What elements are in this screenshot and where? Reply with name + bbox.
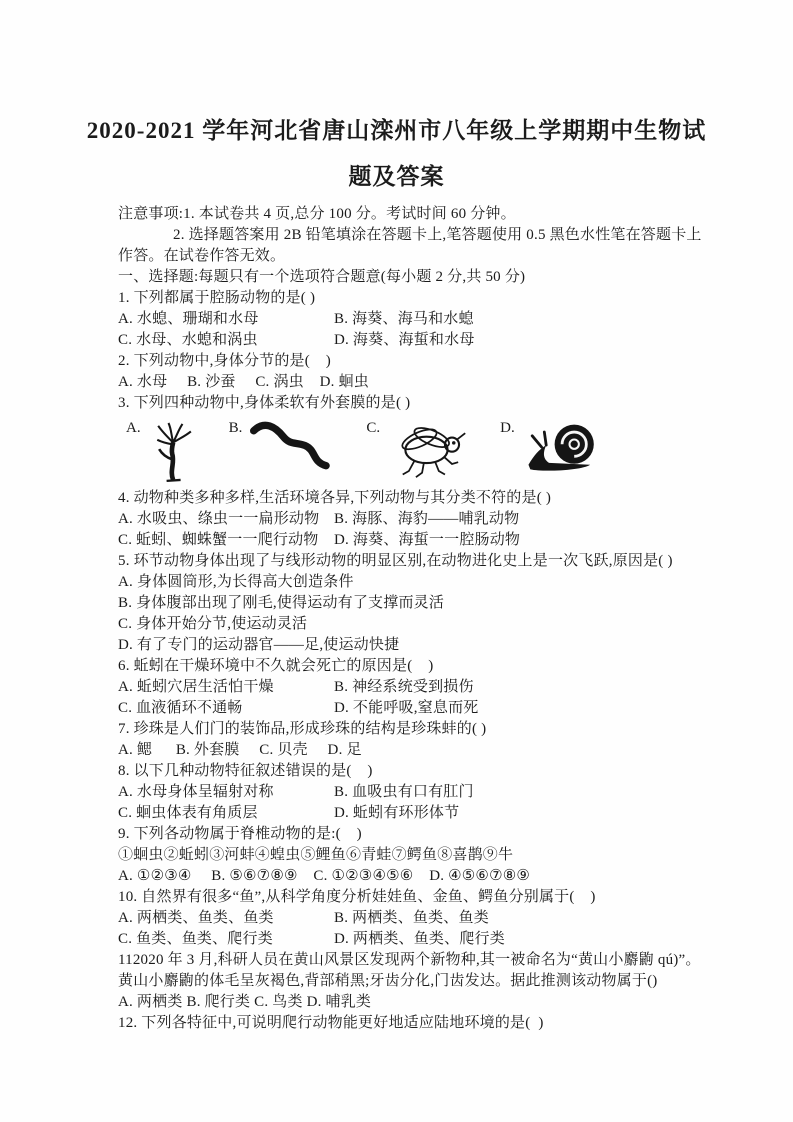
option-a: A. 水母身体呈辐射对称	[118, 782, 334, 803]
document-title-line-2: 题及答案	[0, 154, 793, 200]
option-c: C. 蛔虫体表有角质层	[118, 803, 334, 824]
question-11-part-2: 黄山小麝鼩的体毛呈灰褐色,背部稍黑;牙齿分化,门齿发达。据此推测该动物属于()	[118, 971, 709, 992]
question-8-options-ab: A. 水母身体呈辐射对称 B. 血吸虫有口有肛门	[118, 782, 709, 803]
option-d: D. 不能呼吸,窒息而死	[334, 698, 478, 719]
question-2-options: A. 水母 B. 沙蚕 C. 涡虫 D. 蛔虫	[118, 372, 709, 393]
question-5-option-b: B. 身体腹部出现了刚毛,使得运动有了支撑而灵活	[118, 593, 709, 614]
notice-line-2: 2. 选择题答案用 2B 铅笔填涂在答题卡上,笔答题使用 0.5 黑色水性笔在答…	[118, 225, 709, 246]
question-5-option-c: C. 身体开始分节,使运动灵活	[118, 614, 709, 635]
question-2: 2. 下列动物中,身体分节的是( )	[118, 351, 709, 372]
notice-line-3: 作答。在试卷作答无效。	[118, 246, 709, 267]
section-1-heading: 一、选择题:每题只有一个选项符合题意(每小题 2 分,共 50 分)	[118, 267, 709, 288]
option-d: D. 海葵、海蜇和水母	[334, 330, 475, 351]
question-1-options-cd: C. 水母、水螅和涡虫 D. 海葵、海蜇和水母	[118, 330, 709, 351]
document-title-line-1: 2020-2021 学年河北省唐山滦州市八年级上学期期中生物试	[0, 108, 793, 154]
option-a: A. 蚯蚓穴居生活怕干燥	[118, 677, 334, 698]
option-d: D. 两栖类、鱼类、爬行类	[334, 929, 505, 950]
question-9-items: ①蛔虫②蚯蚓③河蚌④蝗虫⑤鲤鱼⑥青蛙⑦鳄鱼⑧喜鹊⑨牛	[118, 845, 709, 866]
question-7-options: A. 鳃 B. 外套膜 C. 贝壳 D. 足	[118, 740, 709, 761]
option-a: A. 水吸虫、绦虫一一扁形动物	[118, 509, 334, 530]
document-title: 2020-2021 学年河北省唐山滦州市八年级上学期期中生物试 题及答案	[0, 108, 793, 200]
hydra-icon	[147, 418, 203, 484]
question-4-options-ab: A. 水吸虫、绦虫一一扁形动物 B. 海豚、海豹——哺乳动物	[118, 509, 709, 530]
worm-icon	[248, 418, 340, 473]
option-c: C. 水母、水螅和涡虫	[118, 330, 334, 351]
figure-option-d: D.	[500, 418, 605, 476]
question-4: 4. 动物种类多种多样,生活环境各异,下列动物与其分类不符的是( )	[118, 488, 709, 509]
question-6-options-cd: C. 血液循环不通畅 D. 不能呼吸,窒息而死	[118, 698, 709, 719]
question-11-options: A. 两栖类 B. 爬行类 C. 鸟类 D. 哺乳类	[118, 992, 709, 1013]
question-10: 10. 自然界有很多“鱼”,从科学角度分析娃娃鱼、金鱼、鳄鱼分别属于( )	[118, 887, 709, 908]
figure-option-a: A.	[126, 418, 203, 484]
question-3: 3. 下列四种动物中,身体柔软有外套膜的是( )	[118, 393, 709, 414]
question-6-options-ab: A. 蚯蚓穴居生活怕干燥 B. 神经系统受到损伤	[118, 677, 709, 698]
figure-option-a-label: A.	[126, 418, 141, 438]
option-b: B. 海葵、海马和水螅	[334, 309, 474, 330]
question-5-option-a: A. 身体圆筒形,为长得高大创造条件	[118, 572, 709, 593]
option-b: B. 两栖类、鱼类、鱼类	[334, 908, 489, 929]
option-b: B. 血吸虫有口有肛门	[334, 782, 474, 803]
option-d: D. 海葵、海蜇一一腔肠动物	[334, 530, 520, 551]
option-c: C. 蚯蚓、蜘蛛蟹一一爬行动物	[118, 530, 334, 551]
question-5: 5. 环节动物身体出现了与线形动物的明显区别,在动物进化史上是一次飞跃,原因是(…	[118, 551, 709, 572]
option-c: C. 血液循环不通畅	[118, 698, 334, 719]
option-c: C. 鱼类、鱼类、爬行类	[118, 929, 334, 950]
option-a: A. 水螅、珊瑚和水母	[118, 309, 334, 330]
question-10-options-cd: C. 鱼类、鱼类、爬行类 D. 两栖类、鱼类、爬行类	[118, 929, 709, 950]
option-b: B. 海豚、海豹——哺乳动物	[334, 509, 519, 530]
notice-line-1: 注意事项:1. 本试卷共 4 页,总分 100 分。考试时间 60 分钟。	[118, 204, 709, 225]
question-11-part-1: 112020 年 3 月,科研人员在黄山风景区发现两个新物种,其一被命名为“黄山…	[118, 950, 709, 971]
question-5-option-d: D. 有了专门的运动器官——足,使运动快捷	[118, 635, 709, 656]
question-8-options-cd: C. 蛔虫体表有角质层 D. 蚯蚓有环形体节	[118, 803, 709, 824]
question-8: 8. 以下几种动物特征叙述错误的是( )	[118, 761, 709, 782]
option-a: A. 两栖类、鱼类、鱼类	[118, 908, 334, 929]
question-7: 7. 珍珠是人们门的装饰品,形成珍珠的结构是珍珠蚌的( )	[118, 719, 709, 740]
figure-option-d-label: D.	[500, 418, 515, 438]
question-9: 9. 下列各动物属于脊椎动物的是:( )	[118, 824, 709, 845]
figure-option-b-label: B.	[229, 418, 243, 438]
fly-icon	[386, 418, 474, 480]
question-1-options-ab: A. 水螅、珊瑚和水母 B. 海葵、海马和水螅	[118, 309, 709, 330]
question-3-figure: A. B.	[118, 414, 709, 488]
option-d: D. 蚯蚓有环形体节	[334, 803, 459, 824]
figure-option-b: B.	[229, 418, 341, 473]
question-12: 12. 下列各特征中,可说明爬行动物能更好地适应陆地环境的是( )	[118, 1013, 709, 1034]
figure-option-c: C.	[366, 418, 474, 480]
exam-page: 2020-2021 学年河北省唐山滦州市八年级上学期期中生物试 题及答案 注意事…	[0, 0, 793, 1122]
snail-icon	[521, 418, 605, 476]
option-b: B. 神经系统受到损伤	[334, 677, 474, 698]
document-body: 注意事项:1. 本试卷共 4 页,总分 100 分。考试时间 60 分钟。 2.…	[0, 200, 793, 1034]
question-6: 6. 蚯蚓在干燥环境中不久就会死亡的原因是( )	[118, 656, 709, 677]
question-10-options-ab: A. 两栖类、鱼类、鱼类 B. 两栖类、鱼类、鱼类	[118, 908, 709, 929]
question-9-options: A. ①②③④ B. ⑤⑥⑦⑧⑨ C. ①②③④⑤⑥ D. ④⑤⑥⑦⑧⑨	[118, 866, 709, 887]
question-4-options-cd: C. 蚯蚓、蜘蛛蟹一一爬行动物 D. 海葵、海蜇一一腔肠动物	[118, 530, 709, 551]
question-1: 1. 下列都属于腔肠动物的是( )	[118, 288, 709, 309]
figure-option-c-label: C.	[366, 418, 380, 438]
